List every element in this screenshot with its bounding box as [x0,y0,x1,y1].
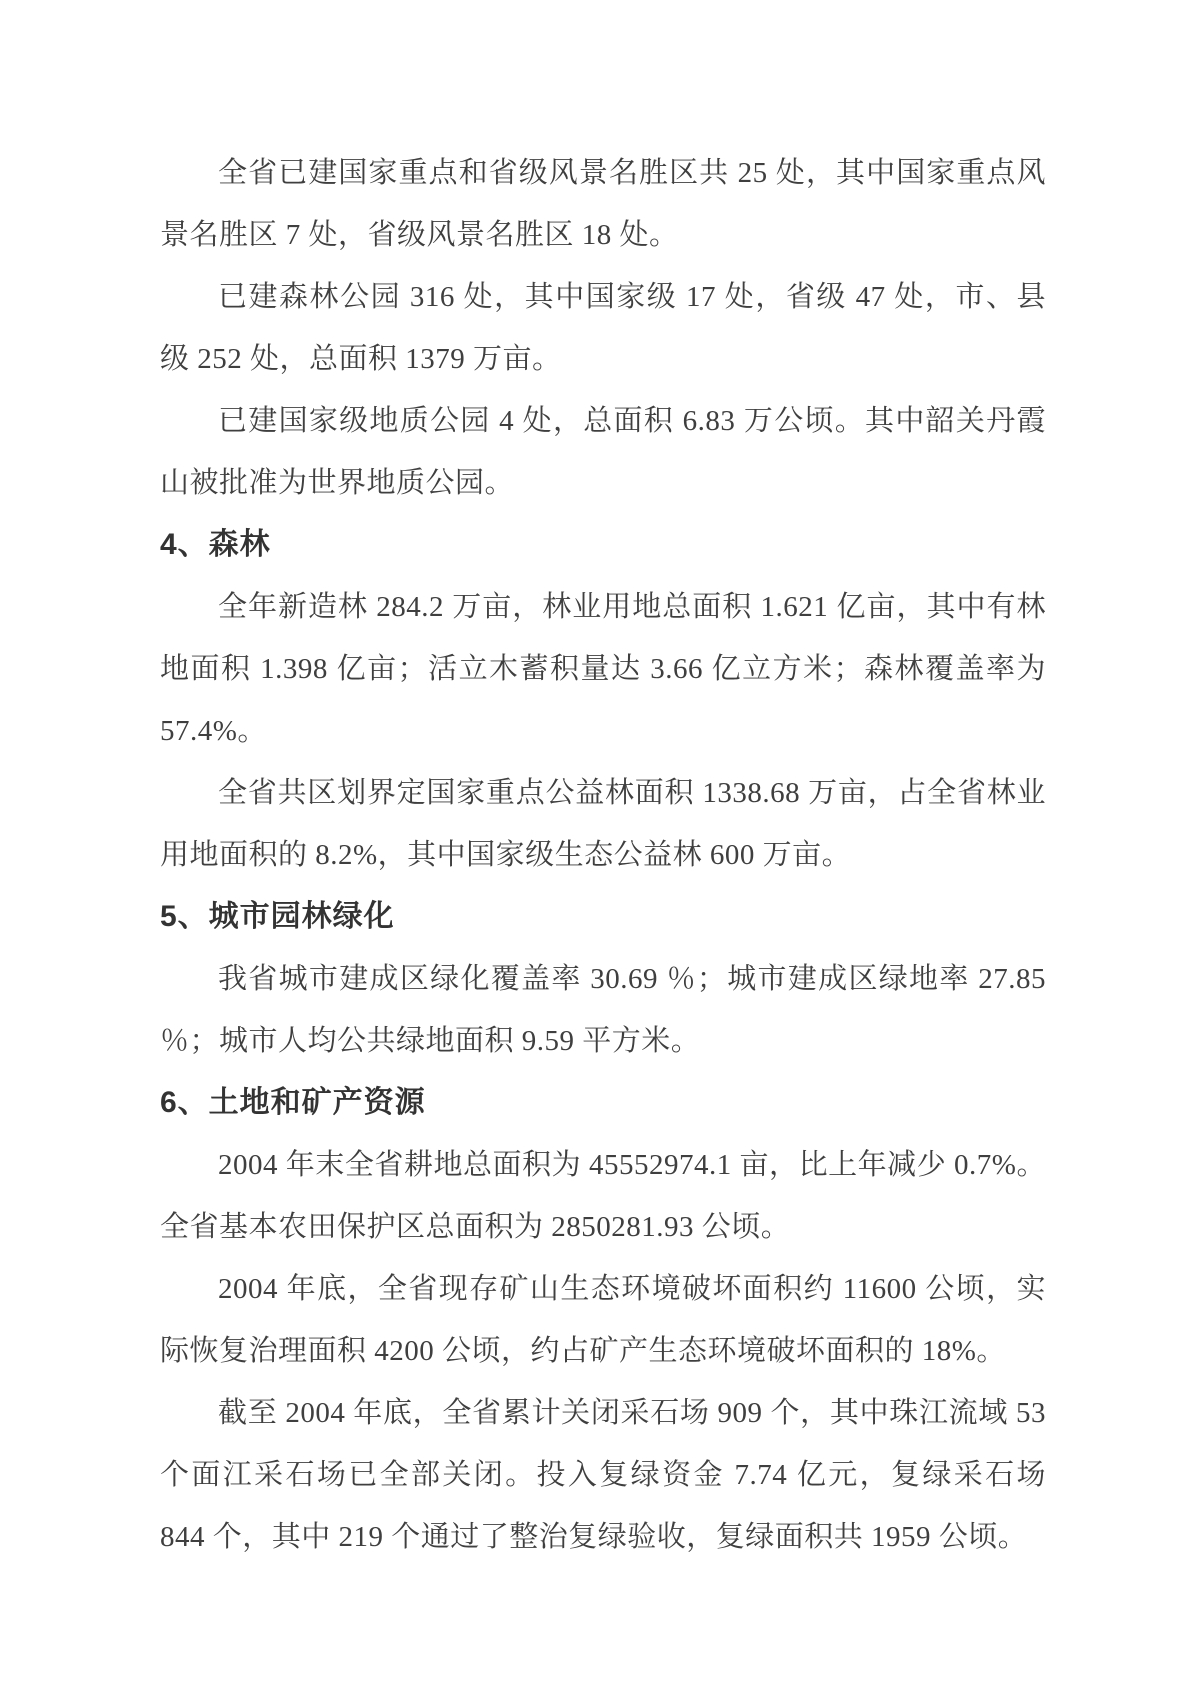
section-heading: 6、土地和矿产资源 [160,1072,1046,1134]
body-paragraph: 已建国家级地质公园 4 处，总面积 6.83 万公顷。其中韶关丹霞山被批准为世界… [160,390,1046,514]
section-heading: 5、城市园林绿化 [160,886,1046,948]
body-paragraph: 全年新造林 284.2 万亩，林业用地总面积 1.621 亿亩，其中有林地面积 … [160,576,1046,762]
body-paragraph: 我省城市建成区绿化覆盖率 30.69 ％；城市建成区绿地率 27.85 ％；城市… [160,948,1046,1072]
document-body: 全省已建国家重点和省级风景名胜区共 25 处，其中国家重点风景名胜区 7 处，省… [160,142,1046,1568]
section-heading: 4、森林 [160,514,1046,576]
body-paragraph: 2004 年末全省耕地总面积为 45552974.1 亩，比上年减少 0.7%。… [160,1134,1046,1258]
body-paragraph: 已建森林公园 316 处，其中国家级 17 处，省级 47 处，市、县级 252… [160,266,1046,390]
body-paragraph: 全省共区划界定国家重点公益林面积 1338.68 万亩，占全省林业用地面积的 8… [160,762,1046,886]
body-paragraph: 2004 年底，全省现存矿山生态环境破坏面积约 11600 公顷，实际恢复治理面… [160,1258,1046,1382]
body-paragraph: 截至 2004 年底，全省累计关闭采石场 909 个，其中珠江流域 53 个面江… [160,1382,1046,1568]
document-page: 全省已建国家重点和省级风景名胜区共 25 处，其中国家重点风景名胜区 7 处，省… [0,0,1191,1684]
body-paragraph: 全省已建国家重点和省级风景名胜区共 25 处，其中国家重点风景名胜区 7 处，省… [160,142,1046,266]
